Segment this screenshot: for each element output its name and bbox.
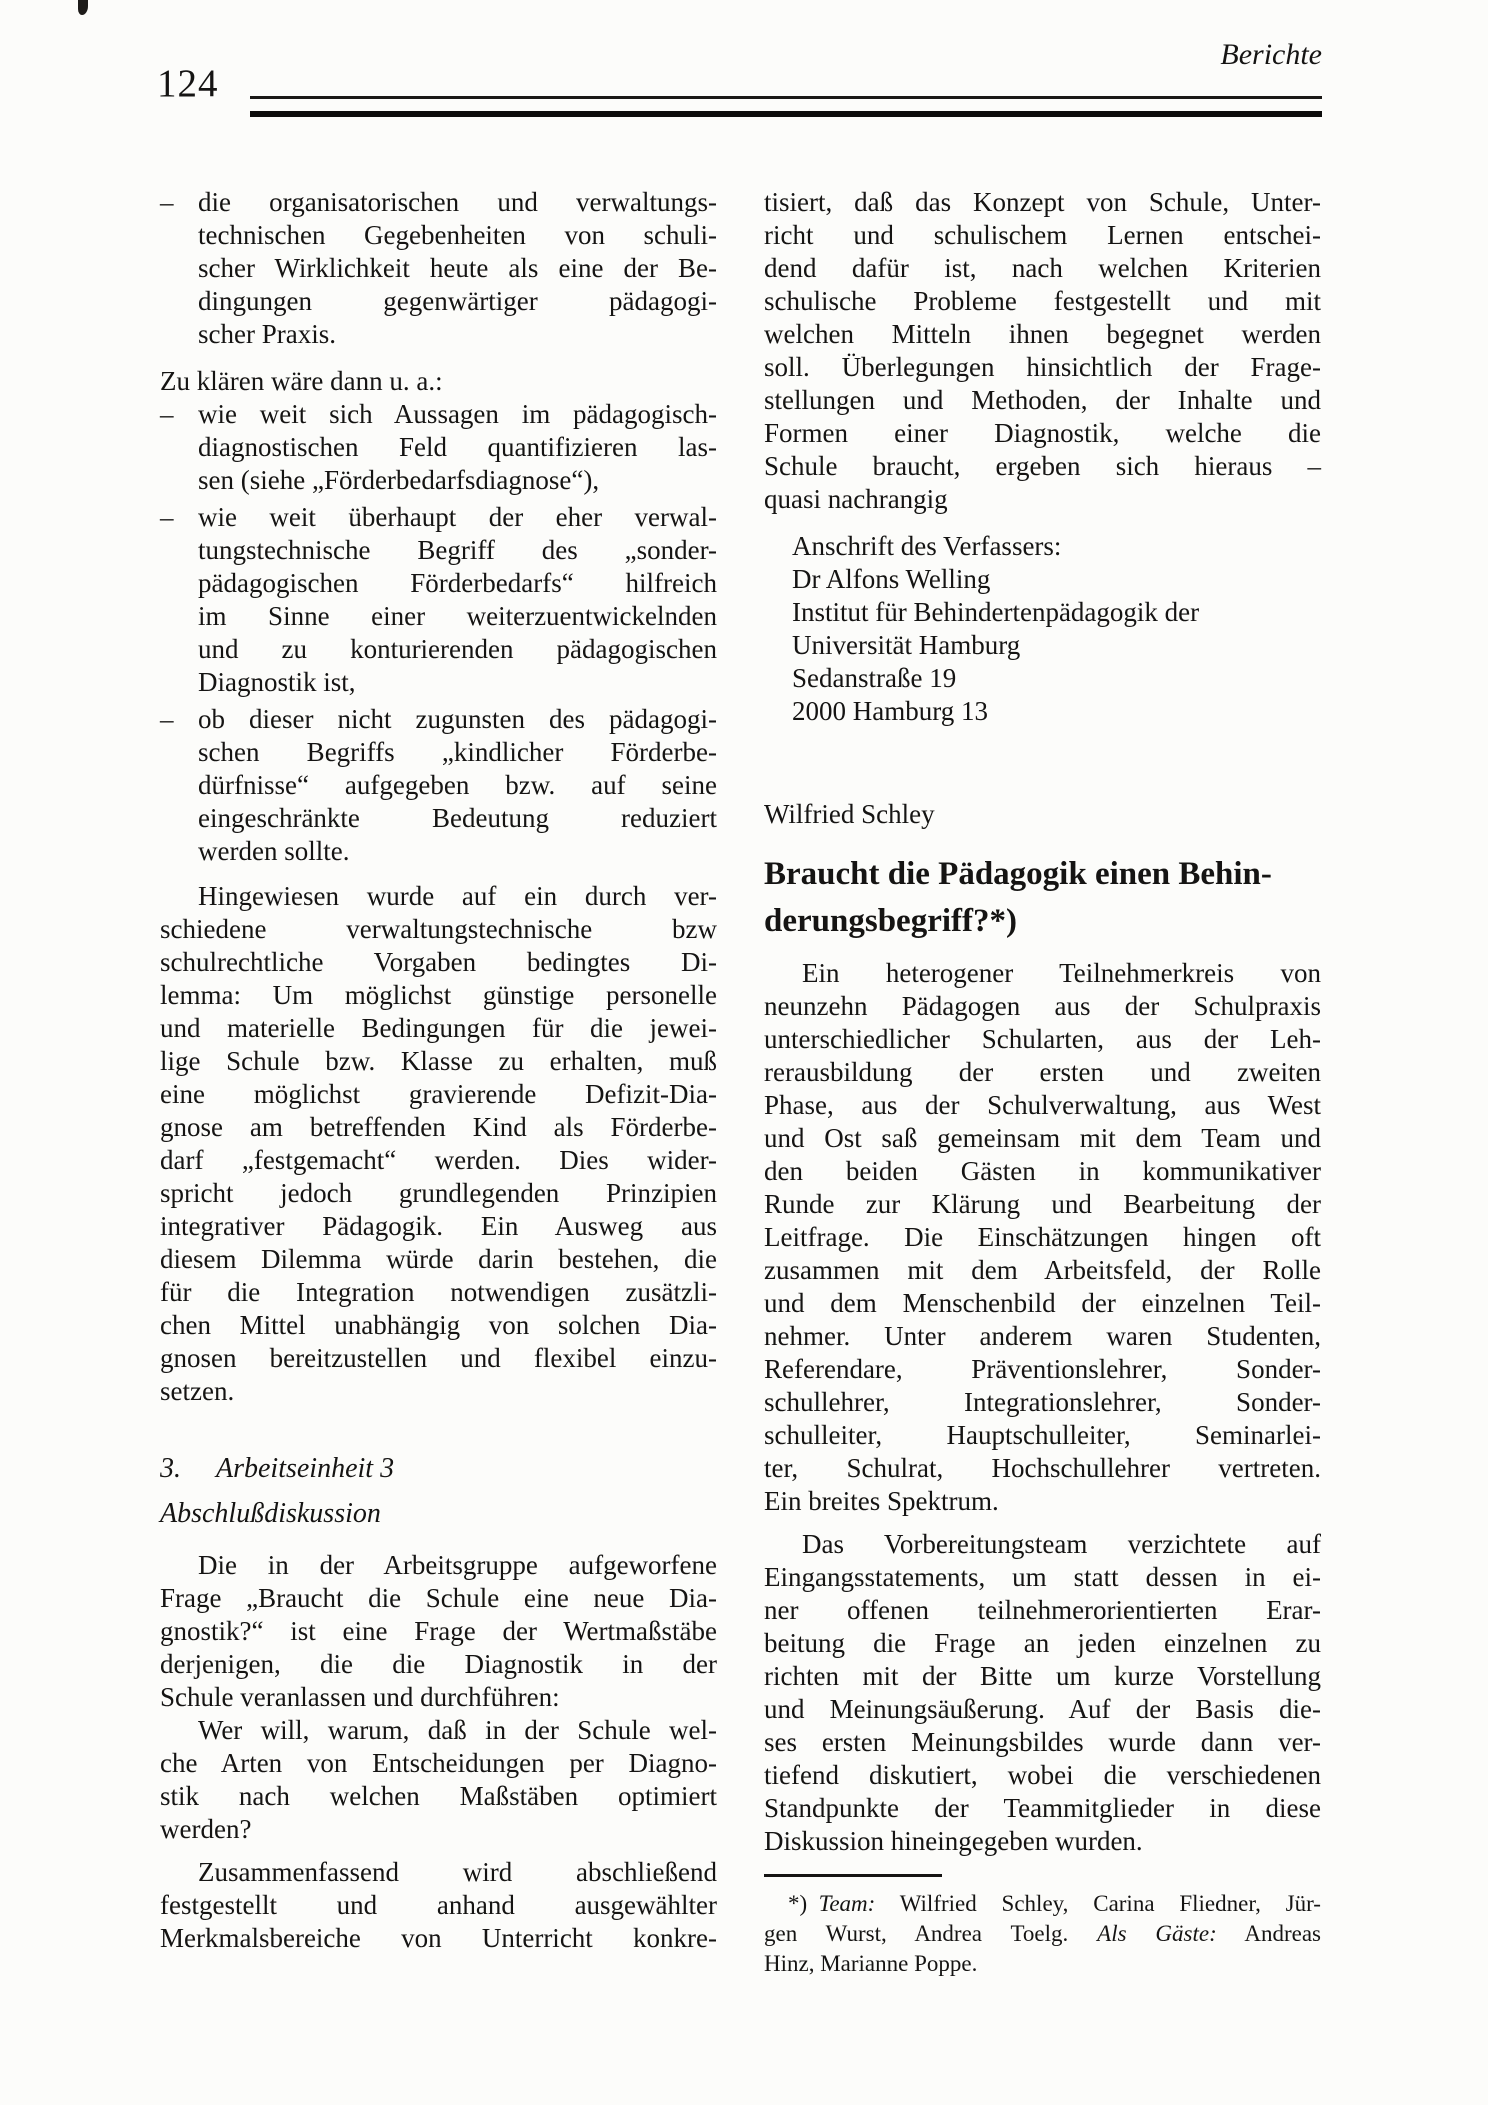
author-address-block: Anschrift des Verfassers:Dr Alfons Welli… [764,530,1321,728]
article-title: Braucht die Pädagogik einen Behin-derung… [764,851,1321,945]
text-line: werden sollte. [198,835,717,868]
text-line: lemma: Um möglichst günstige personelle [160,979,717,1012]
text-line: schulleiter, Hauptschulleiter, Seminarle… [764,1419,1321,1452]
paragraph: Ein heterogener Teilnehmerkreis vonneunz… [764,957,1321,1518]
text-line: Phase, aus der Schulverwaltung, aus West [764,1089,1321,1122]
text-line: und Meinungsäußerung. Auf der Basis die- [764,1693,1321,1726]
text-line: Ein breites Spektrum. [764,1485,1321,1518]
text-line: die organisatorischen und verwaltungs- [198,186,717,219]
text-line: dingungen gegenwärtiger pädagogi- [198,285,717,318]
text-line: ner offenen teilnehmerorientierten Erar- [764,1594,1321,1627]
paragraph: tisiert, daß das Konzept von Schule, Unt… [764,186,1321,516]
text-line: Wer will, warum, daß in der Schule wel- [160,1714,717,1747]
text-line: Sedanstraße 19 [792,662,1321,695]
text-line: und materielle Bedingungen für die jewei… [160,1012,717,1045]
text-line: ses ersten Meinungsbildes wurde dann ver… [764,1726,1321,1759]
text-line: wie weit sich Aussagen im pädagogisch- [198,398,717,431]
bullet-text: die organisatorischen und verwaltungs-te… [198,186,717,351]
bullet-item-4: – ob dieser nicht zugunsten des pädagogi… [160,703,717,868]
text-line: unterschiedlicher Schularten, aus der Le… [764,1023,1321,1056]
text-line: che Arten von Entscheidungen per Diagno- [160,1747,717,1780]
text-line: schulrechtliche Vorgaben bedingtes Di- [160,946,717,979]
header-double-rule [250,96,1322,117]
text-line: Ein heterogener Teilnehmerkreis von [764,957,1321,990]
text-line: tiefend diskutiert, wobei die verschiede… [764,1759,1321,1792]
bullet-dash: – [160,186,198,351]
text-line: derjenigen, die die Diagnostik in der [160,1648,717,1681]
article-author: Wilfried Schley [764,798,1321,831]
italic-text: Als Gäste: [1097,1921,1217,1946]
text-line: richten mit der Bitte um kurze Vorstellu… [764,1660,1321,1693]
text-line: Eingangsstatements, um statt dessen in e… [764,1561,1321,1594]
text-line: Anschrift des Verfassers: [792,530,1321,563]
text-line: Leitfrage. Die Einschätzungen hingen oft [764,1221,1321,1254]
text-line: Formen einer Diagnostik, welche die [764,417,1321,450]
text-line: eine möglichst gravierende Defizit-Dia- [160,1078,717,1111]
text-line: gnosen bereitzustellen und flexibel einz… [160,1342,717,1375]
text-line: sen (siehe „Förderbedarfsdiagnose“), [198,464,717,497]
text-line: beitung die Frage an jeden einzelnen zu [764,1627,1321,1660]
section-number: 3. [160,1452,216,1485]
text-line: dend dafür ist, nach welchen Kriterien [764,252,1321,285]
bullet-text: wie weit überhaupt der eher verwal-tungs… [198,501,717,699]
text-line: rerausbildung der ersten und zweiten [764,1056,1321,1089]
text-line: ter, Schulrat, Hochschullehrer vertreten… [764,1452,1321,1485]
text-line: Diagnostik ist, [198,666,717,699]
text-line: scher Praxis. [198,318,717,351]
text-line: Schule braucht, ergeben sich hieraus – [764,450,1321,483]
text-line: gen Wurst, Andrea Toelg. Als Gäste: Andr… [764,1919,1321,1949]
paragraph: Das Vorbereitungsteam verzichtete aufEin… [764,1528,1321,1858]
bullet-dash: – [160,501,198,699]
text-line: Die in der Arbeitsgruppe aufgeworfene [160,1549,717,1582]
text-line: tungstechnische Begriff des „sonder- [198,534,717,567]
text-line: 2000 Hamburg 13 [792,695,1321,728]
text-line: diesem Dilemma würde darin bestehen, die [160,1243,717,1276]
text-line: zusammen mit dem Arbeitsfeld, der Rolle [764,1254,1321,1287]
running-header: Berichte [1220,38,1322,72]
text-line: Dr Alfons Welling [792,563,1321,596]
text-line: chen Mittel unabhängig von solchen Dia- [160,1309,717,1342]
text-line: Runde zur Klärung und Bearbeitung der [764,1188,1321,1221]
paragraph: Hingewiesen wurde auf ein durch ver-schi… [160,880,717,1408]
text-line: welchen Mitteln ihnen begegnet werden [764,318,1321,351]
text-line: diagnostischen Feld quantifizieren las- [198,431,717,464]
text-line: gnostik?“ ist eine Frage der Wertmaßstäb… [160,1615,717,1648]
text-line: tisiert, daß das Konzept von Schule, Unt… [764,186,1321,219]
text-segment: Wilfried Schley, Carina Fliedner, Jür- [875,1891,1321,1916]
scan-artifact-mark [78,0,88,15]
text-line: lige Schule bzw. Klasse zu erhalten, muß [160,1045,717,1078]
bullet-dash: – [160,398,198,497]
text-line: soll. Überlegungen hinsichtlich der Frag… [764,351,1321,384]
text-line: für die Integration notwendigen zusätzli… [160,1276,717,1309]
text-segment: *) [788,1891,819,1916]
text-line: scher Wirklichkeit heute als eine der Be… [198,252,717,285]
intro-line: Zu klären wäre dann u. a.: [160,365,717,398]
text-line: spricht jedoch grundlegenden Prinzipien [160,1177,717,1210]
text-segment: Hinz, Marianne Poppe. [764,1951,977,1976]
text-line: stellungen und Methoden, der Inhalte und [764,384,1321,417]
text-line: schen Begriffs „kindlicher Förderbe- [198,736,717,769]
section-heading: 3.Arbeitseinheit 3 [160,1452,717,1485]
bullet-item-3: – wie weit überhaupt der eher verwal-tun… [160,501,717,699]
text-line: wie weit überhaupt der eher verwal- [198,501,717,534]
text-line: Institut für Behindertenpädagogik der [792,596,1321,629]
text-line: nehmer. Unter anderem waren Studenten, [764,1320,1321,1353]
text-line: setzen. [160,1375,717,1408]
text-line: und zu konturierenden pädagogischen [198,633,717,666]
text-line: Zusammenfassend wird abschließend [160,1856,717,1889]
text-line: Referendare, Präventionslehrer, Sonder- [764,1353,1321,1386]
bullet-item-2: – wie weit sich Aussagen im pädagogisch-… [160,398,717,497]
text-line: im Sinne einer weiterzuentwickelnden [198,600,717,633]
bullet-text: ob dieser nicht zugunsten des pädagogi-s… [198,703,717,868]
text-line: ob dieser nicht zugunsten des pädagogi- [198,703,717,736]
text-line: dürfnisse“ aufgegeben bzw. auf seine [198,769,717,802]
text-segment: Andreas [1217,1921,1321,1946]
page-number: 124 [157,64,219,104]
text-line: schullehrer, Integrationslehrer, Sonder- [764,1386,1321,1419]
text-line: Schule veranlassen und durchführen: [160,1681,717,1714]
text-line: Frage „Braucht die Schule eine neue Dia- [160,1582,717,1615]
footnote: *) Team: Wilfried Schley, Carina Fliedne… [764,1889,1321,1979]
text-line: und dem Menschenbild der einzelnen Teil- [764,1287,1321,1320]
footnote-rule [764,1874,942,1877]
right-column: tisiert, daß das Konzept von Schule, Unt… [764,186,1321,1979]
text-line: Diskussion hineingegeben wurden. [764,1825,1321,1858]
paragraph: Wer will, warum, daß in der Schule wel-c… [160,1714,717,1846]
text-line: darf „festgemacht“ werden. Dies wider- [160,1144,717,1177]
text-line: neunzehn Pädagogen aus der Schulpraxis [764,990,1321,1023]
text-line: und Ost saß gemeinsam mit dem Team und [764,1122,1321,1155]
text-line: Braucht die Pädagogik einen Behin- [764,851,1321,898]
text-line: richt und schulischem Lernen entschei- [764,219,1321,252]
text-line: festgestellt und anhand ausgewählter [160,1889,717,1922]
left-column: – die organisatorischen und verwaltungs-… [160,186,717,1955]
bullet-item-1: – die organisatorischen und verwaltungs-… [160,186,717,351]
text-line: eingeschränkte Bedeutung reduziert [198,802,717,835]
section-subheading: Abschlußdiskussion [160,1497,717,1530]
text-line: *) Team: Wilfried Schley, Carina Fliedne… [764,1889,1321,1919]
text-line: Standpunkte der Teammitglieder in diese [764,1792,1321,1825]
text-line: gnose am betreffenden Kind als Förderbe- [160,1111,717,1144]
text-segment: gen Wurst, Andrea Toelg. [764,1921,1097,1946]
text-line: Hingewiesen wurde auf ein durch ver- [160,880,717,913]
text-line: Universität Hamburg [792,629,1321,662]
section-title: Arbeitseinheit 3 [216,1453,394,1484]
scanned-journal-page: 124 Berichte – die organisatorischen und… [0,0,1488,2105]
paragraph: Zusammenfassend wird abschließendfestges… [160,1856,717,1955]
text-line: Das Vorbereitungsteam verzichtete auf [764,1528,1321,1561]
text-line: schulische Probleme festgestellt und mit [764,285,1321,318]
text-line: Hinz, Marianne Poppe. [764,1949,1321,1979]
text-line: technischen Gegebenheiten von schuli- [198,219,717,252]
text-line: pädagogischen Förderbedarfs“ hilfreich [198,567,717,600]
paragraph: Die in der Arbeitsgruppe aufgeworfeneFra… [160,1549,717,1714]
text-line: werden? [160,1813,717,1846]
italic-text: Team: [819,1891,876,1916]
bullet-text: wie weit sich Aussagen im pädagogisch-di… [198,398,717,497]
text-line: den beiden Gästen in kommunikativer [764,1155,1321,1188]
text-line: derungsbegriff?*) [764,898,1321,945]
text-line: integrativer Pädagogik. Ein Ausweg aus [160,1210,717,1243]
text-line: quasi nachrangig [764,483,1321,516]
text-line: stik nach welchen Maßstäben optimiert [160,1780,717,1813]
text-line: schiedene verwaltungstechnische bzw [160,913,717,946]
bullet-dash: – [160,703,198,868]
text-line: Merkmalsbereiche von Unterricht konkre- [160,1922,717,1955]
